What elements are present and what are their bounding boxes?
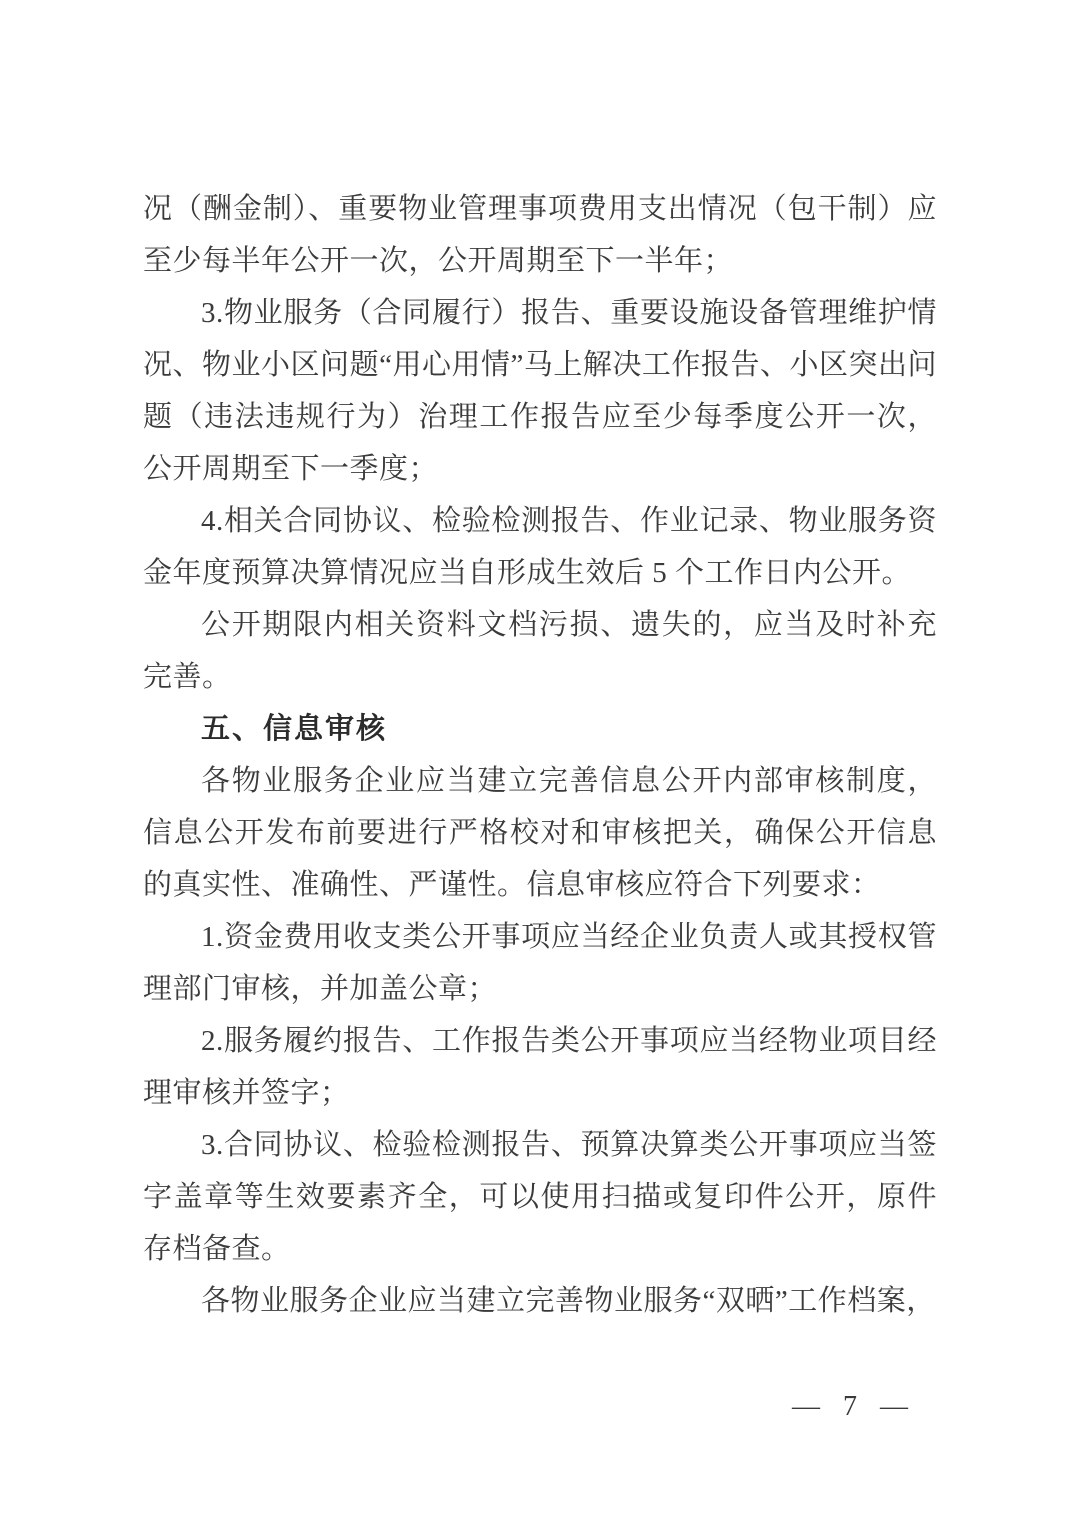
paragraph: 4.相关合同协议、检验检测报告、作业记录、物业服务资金年度预算决算情况应当自形成…	[143, 495, 937, 599]
paragraph: 公开期限内相关资料文档污损、遗失的，应当及时补充完善。	[143, 599, 937, 703]
paragraph: 3.物业服务（合同履行）报告、重要设施设备管理维护情况、物业小区问题“用心用情”…	[143, 287, 937, 495]
paragraph: 2.服务履约报告、工作报告类公开事项应当经物业项目经理审核并签字；	[143, 1015, 937, 1119]
page-number: — 7 —	[792, 1390, 908, 1424]
section-heading: 五、信息审核	[143, 703, 937, 755]
paragraph: 各物业服务企业应当建立完善信息公开内部审核制度，信息公开发布前要进行严格校对和审…	[143, 755, 937, 911]
paragraph: 况（酬金制）、重要物业管理事项费用支出情况（包干制）应至少每半年公开一次，公开周…	[143, 183, 937, 287]
paragraph: 1.资金费用收支类公开事项应当经企业负责人或其授权管理部门审核，并加盖公章；	[143, 911, 937, 1015]
document-body: 况（酬金制）、重要物业管理事项费用支出情况（包干制）应至少每半年公开一次，公开周…	[143, 183, 937, 1327]
paragraph: 3.合同协议、检验检测报告、预算决算类公开事项应当签字盖章等生效要素齐全，可以使…	[143, 1119, 937, 1275]
paragraph: 各物业服务企业应当建立完善物业服务“双晒”工作档案，	[143, 1275, 937, 1327]
document-page: 况（酬金制）、重要物业管理事项费用支出情况（包干制）应至少每半年公开一次，公开周…	[0, 0, 1080, 1527]
